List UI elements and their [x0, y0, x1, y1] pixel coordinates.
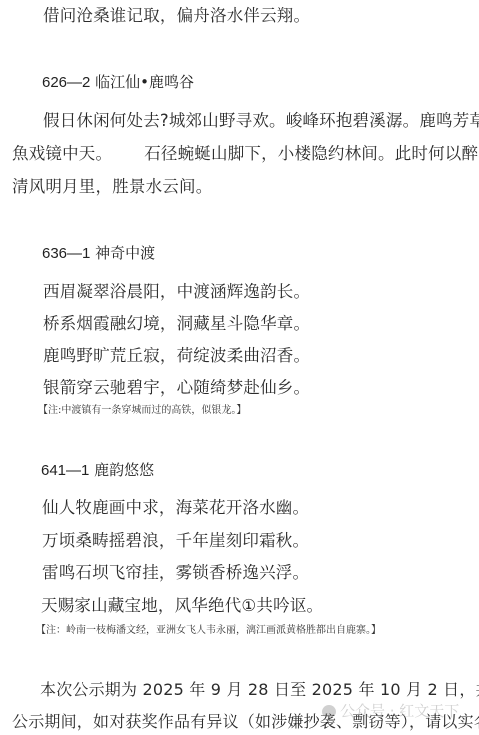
poem-line-part: 石径蜿蜒山脚下，小楼隐约林间。此时何以醉心田? — [144, 144, 479, 163]
poem-line: 天赐家山藏宝地，风华绝代①共吟讴。 — [41, 596, 323, 616]
entry-title-626-2: 626—2 临江仙•鹿鸣谷 — [42, 72, 194, 93]
poem-line: 仙人牧鹿画中求，海菜花开洛水幽。 — [42, 498, 309, 518]
poem-line: 魚戏镜中天。石径蜿蜒山脚下，小楼隐约林间。此时何以醉心田? — [12, 144, 479, 164]
poem-line-part: 魚戏镜中天。 — [12, 144, 112, 163]
poem-line: 清风明月里，胜景水云间。 — [12, 177, 212, 197]
entry-number: 636—1 — [42, 245, 90, 262]
poem-line: 假日休闲何处去?城郊山野寻欢。峻峰环抱碧溪潺。鹿鸣芳草地， — [43, 111, 479, 131]
entry-title-641-1: 641—1 鹿韵悠悠 — [41, 460, 154, 481]
entry-name: 临江仙•鹿鸣谷 — [95, 73, 194, 91]
poem-line: 桥系烟霞融幻境，洞藏星斗隐华章。 — [43, 314, 310, 334]
entry-name: 鹿韵悠悠 — [94, 461, 154, 479]
poem-line: 鹿鸣野旷荒丘寂，荷绽波柔曲沼香。 — [43, 346, 310, 366]
entry-title-636-1: 636—1 神奇中渡 — [42, 243, 155, 264]
notice-period: 本次公示期为 2025 年 9 月 28 日至 2025 年 10 月 2 日，… — [40, 680, 479, 700]
poem-line: 银箭穿云驰碧宇，心随绮梦赴仙乡。 — [43, 378, 310, 398]
poem-line: 雷鸣石坝飞帘挂，雾锁香桥逸兴浮。 — [42, 563, 309, 583]
notice-objection: 公示期间，如对获奖作品有异议（如涉嫌抄袭、剽窃等），请以实名 — [12, 712, 479, 732]
entry-number: 641—1 — [41, 462, 89, 479]
entry-note: 【注:中渡镇有一条穿城而过的高铁，似银龙。】 — [38, 404, 246, 418]
entry-number: 626—2 — [42, 74, 90, 91]
poem-line: 万顷桑畴摇碧浪，千年崖刻印霜秋。 — [42, 531, 309, 551]
poem-line: 西眉凝翠浴晨阳，中渡涵辉逸韵长。 — [43, 282, 310, 302]
intro-poem-tail: 借问沧桑谁记取，偏舟洛水伴云翔。 — [43, 6, 310, 26]
entry-note: 【注：岭南一枝梅潘文经，亚洲女飞人韦永丽，漓江画派黄格胜都出自鹿寨。】 — [36, 624, 381, 638]
entry-name: 神奇中渡 — [95, 244, 155, 262]
